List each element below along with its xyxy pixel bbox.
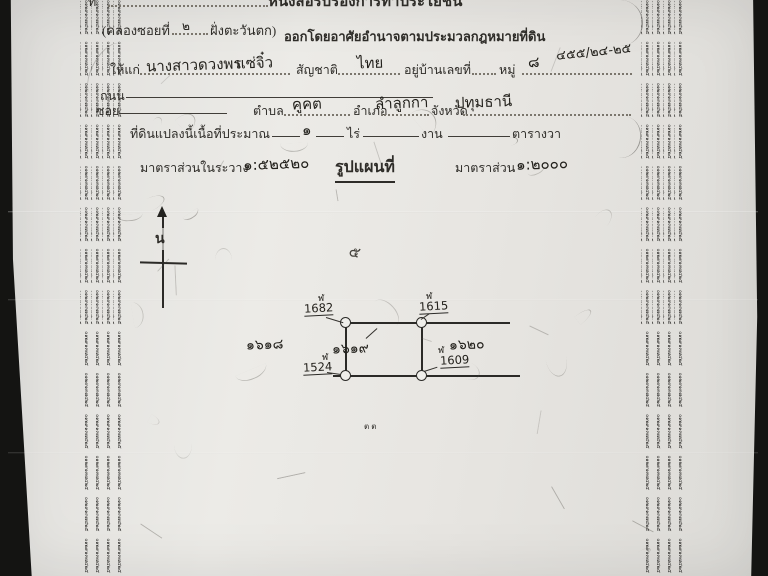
- corner-number-tr: 1615: [419, 298, 449, 315]
- microprint-column: ๐๑๒๙๑๓๗๔๒๕ ๐๑๒๙๑๓๗๔๒๕ ๐๑๒๙๑๓๗๔๒๕ ๐๑๒๙๑๓๗…: [674, 0, 683, 576]
- clipped-topleft-label: ที่: [88, 0, 96, 8]
- rai-label: ไร่: [347, 124, 360, 144]
- wa-label: ตารางวา: [512, 124, 561, 144]
- plot-number-right: ๑๖๒๐: [449, 333, 485, 356]
- plot-number-center: ๑๖๑๙: [332, 337, 370, 360]
- parcel-top-line: [345, 322, 510, 324]
- province-handwritten: ปทุมธานี: [455, 89, 513, 115]
- recipient-surname-handwritten: แซ่จิ๋ว: [236, 50, 274, 75]
- soi-line: [119, 112, 227, 114]
- sheet-scale-handwritten: ๑:๕๒๕๒๐: [243, 151, 310, 177]
- nationality-label: สัญชาติ: [296, 60, 338, 80]
- sheet-scale-label: มาตราส่วนในระวาง: [140, 158, 249, 178]
- area-prefix: ที่ดินแปลงนี้เนื้อที่ประมาณ: [130, 124, 270, 144]
- map-scale-label: มาตราส่วน: [455, 158, 515, 178]
- microprint-column: ๐๑๒๙๑๓๗๔๒๕ ๐๑๒๙๑๓๗๔๒๕ ๐๑๒๙๑๓๗๔๒๕ ๐๑๒๙๑๓๗…: [652, 0, 661, 576]
- dotted-line: [108, 4, 268, 7]
- house-no-label: อยู่บ้านเลขที่: [404, 60, 471, 80]
- clipped-topleft-field: ที่: [86, 0, 276, 8]
- paper-crease: [8, 452, 758, 454]
- plot-number-left: ๑๖๑๘: [246, 333, 284, 356]
- soi-label: ซอย: [96, 101, 119, 121]
- moo-label: หมู่: [499, 60, 515, 80]
- microprint-column: ๐๑๒๙๑๓๗๔๒๕ ๐๑๒๙๑๓๗๔๒๕ ๐๑๒๙๑๓๗๔๒๕ ๐๑๒๙๑๓๗…: [663, 0, 672, 576]
- corner-number-tl: 1682: [304, 300, 334, 317]
- rai-handwritten: ๑: [302, 118, 312, 142]
- klong-suffix: ฝั่งตะวันตก): [210, 20, 276, 41]
- klong-prefix: (คลองซอยที่: [102, 20, 170, 41]
- scanned-land-document: ๐๑๒๙๑๓๗๔๒๕ ๐๑๒๙๑๓๗๔๒๕ ๐๑๒๙๑๓๗๔๒๕ ๐๑๒๙๑๓๗…: [0, 0, 768, 576]
- boundary-post-circle-bl: [340, 370, 351, 381]
- klong-handwritten-value: ๒: [182, 17, 191, 36]
- area-line-1: [272, 135, 300, 137]
- moo-handwritten: ๘: [528, 50, 540, 74]
- house-no-dotted: [472, 72, 496, 75]
- clipped-title-box: หนังสือรับรองการทำประโยชน์: [268, 0, 498, 9]
- nationality-handwritten: ไทย: [357, 51, 384, 76]
- microprint-column: ๐๑๒๙๑๓๗๔๒๕ ๐๑๒๙๑๓๗๔๒๕ ๐๑๒๙๑๓๗๔๒๕ ๐๑๒๙๑๓๗…: [641, 0, 650, 576]
- area-line-4: [448, 135, 510, 137]
- bottom-fold-mark: ตต: [364, 420, 378, 433]
- north-arrow-head-icon: [157, 206, 167, 217]
- document-title-clipped: หนังสือรับรองการทำประโยชน์: [268, 0, 462, 9]
- area-line-2: [316, 135, 344, 137]
- pencil-arc: [598, 0, 643, 46]
- tambon-handwritten: คูคต: [292, 91, 323, 116]
- area-line-3: [363, 135, 419, 137]
- paper-crease: [8, 211, 758, 213]
- authority-line: ออกโดยอาศัยอำนาจตามประมวลกฎหมายที่ดิน: [284, 26, 545, 47]
- north-label: น: [155, 228, 165, 250]
- map-scale-handwritten: ๑:๒๐๐๐: [516, 151, 569, 177]
- tambon-label: ตำบล: [253, 101, 284, 121]
